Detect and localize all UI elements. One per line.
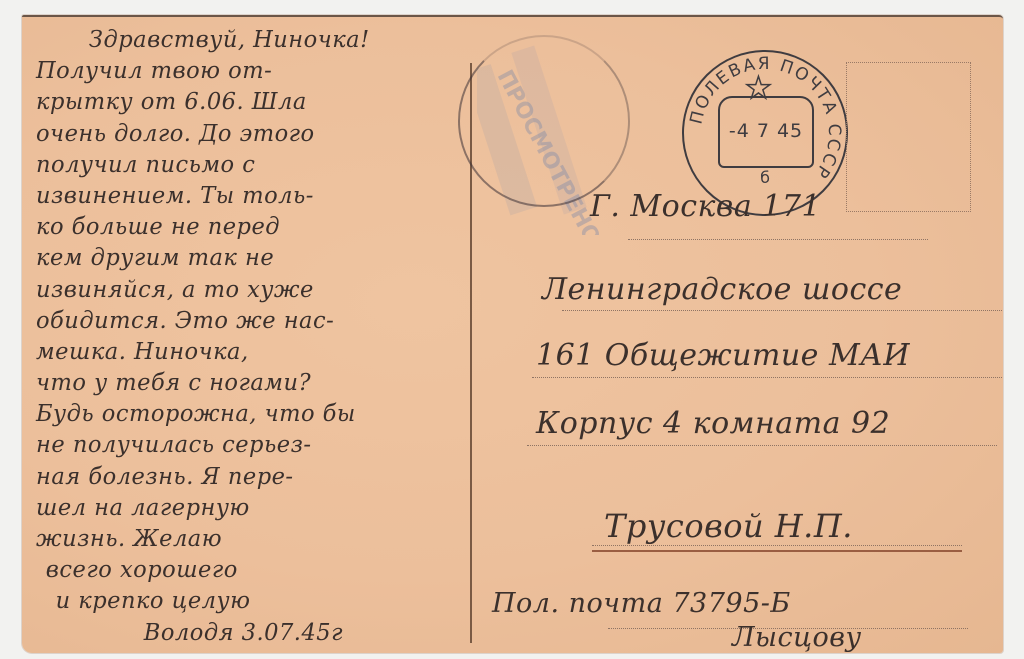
address-baseline	[628, 239, 928, 240]
message-line: ная болезнь. Я пере-	[36, 462, 467, 493]
sender-name: Лысцову	[732, 621, 862, 655]
message-line: кем другим так не	[36, 243, 467, 274]
message-line: всего хорошего	[36, 555, 467, 586]
postcard: Здравствуй, Ниночка! Получил твою от- кр…	[22, 15, 1003, 653]
address-street: Ленинградское шоссе	[542, 273, 902, 307]
message-line: Будь осторожна, что бы	[36, 399, 467, 430]
message-line: Получил твою от-	[36, 56, 467, 87]
message-line: шел на лагерную	[36, 493, 467, 524]
star-icon: ★	[745, 74, 772, 104]
address-room: Корпус 4 комната 92	[536, 407, 890, 441]
message-line: получил письмо с	[36, 150, 467, 181]
address-building: 161 Общежитие МАИ	[536, 339, 910, 373]
address-baseline	[562, 310, 1002, 311]
sender-field-post: Пол. почта 73795-Б	[492, 587, 791, 621]
message-line: жизнь. Желаю	[36, 524, 467, 555]
message-line: и крепко целую	[36, 586, 467, 617]
message-line: что у тебя с ногами?	[36, 368, 467, 399]
message-line: ко больше не перед	[36, 212, 467, 243]
address-city: Г. Москва 171	[590, 190, 821, 224]
address-baseline	[527, 445, 997, 446]
message-signature: Володя 3.07.45г	[36, 618, 467, 649]
postmark-suffix: б	[684, 168, 846, 187]
message-line: извиняйся, а то хуже	[36, 275, 467, 306]
handwritten-message: Здравствуй, Ниночка! Получил твою от- кр…	[36, 25, 476, 649]
address-recipient: Трусовой Н.П.	[604, 509, 853, 543]
message-greeting: Здравствуй, Ниночка!	[36, 25, 467, 56]
message-line: обидится. Это же нас-	[36, 306, 467, 337]
message-line: крытку от 6.06. Шла	[36, 87, 467, 118]
faint-postmark	[458, 35, 630, 207]
message-line: мешка. Ниночка,	[36, 337, 467, 368]
message-line: не получилась серьез-	[36, 430, 467, 461]
scanned-postcard: Здравствуй, Ниночка! Получил твою от- кр…	[0, 0, 1024, 659]
address-baseline	[532, 377, 1002, 378]
message-line: очень долго. До этого	[36, 119, 467, 150]
postmark-center: -4 7 45	[718, 96, 814, 168]
message-line: извинением. Ты толь-	[36, 181, 467, 212]
postmark-date: -4 7 45	[720, 120, 812, 142]
stamp-box	[846, 62, 971, 212]
address-baseline	[592, 545, 962, 546]
recipient-underline	[592, 550, 962, 552]
